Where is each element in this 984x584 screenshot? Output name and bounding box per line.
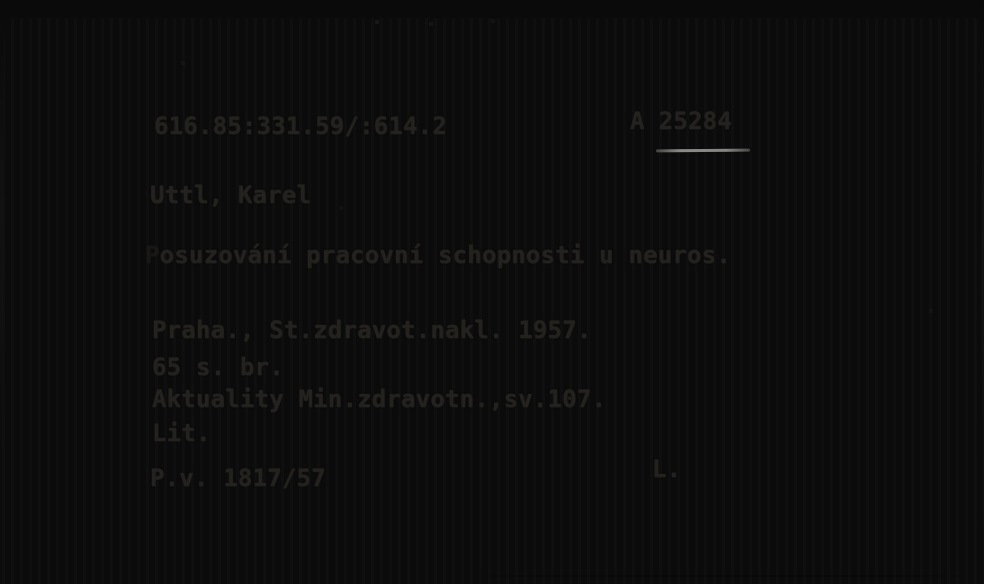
scan-edge-bottom	[470, 575, 965, 577]
classification-number: 616.85:331.59/:614.2	[154, 113, 447, 141]
title-faded-initial: P	[145, 241, 160, 269]
cataloguer-initial: L.	[652, 456, 681, 484]
accession-letter: A	[630, 107, 645, 135]
scan-edge-left	[0, 0, 5, 460]
catalog-card-scan: 616.85:331.59/:614.2 A25284 Uttl, Karel …	[0, 0, 984, 584]
series-line: Aktuality Min.zdravotn.,sv.107.	[152, 386, 606, 414]
title-text: osuzování pracovní schopnosti u neuros.	[160, 241, 731, 269]
title-line: Posuzování pracovní schopnosti u neuros.	[145, 242, 731, 270]
imprint-line: Praha., St.zdravot.nakl. 1957.	[152, 317, 591, 345]
author-heading: Uttl, Karel	[150, 182, 311, 210]
accession-digits: 25284	[659, 107, 732, 135]
collation-line: 65 s. br.	[152, 354, 284, 382]
accession-pencil-underline	[656, 149, 750, 153]
literature-note: Lit.	[152, 420, 211, 448]
paper-specks	[0, 0, 2, 2]
accession-number: A25284	[630, 108, 732, 136]
record-number: P.v. 1817/57	[150, 465, 326, 493]
scan-edge-top	[0, 0, 984, 18]
scan-edge-right	[980, 0, 984, 540]
